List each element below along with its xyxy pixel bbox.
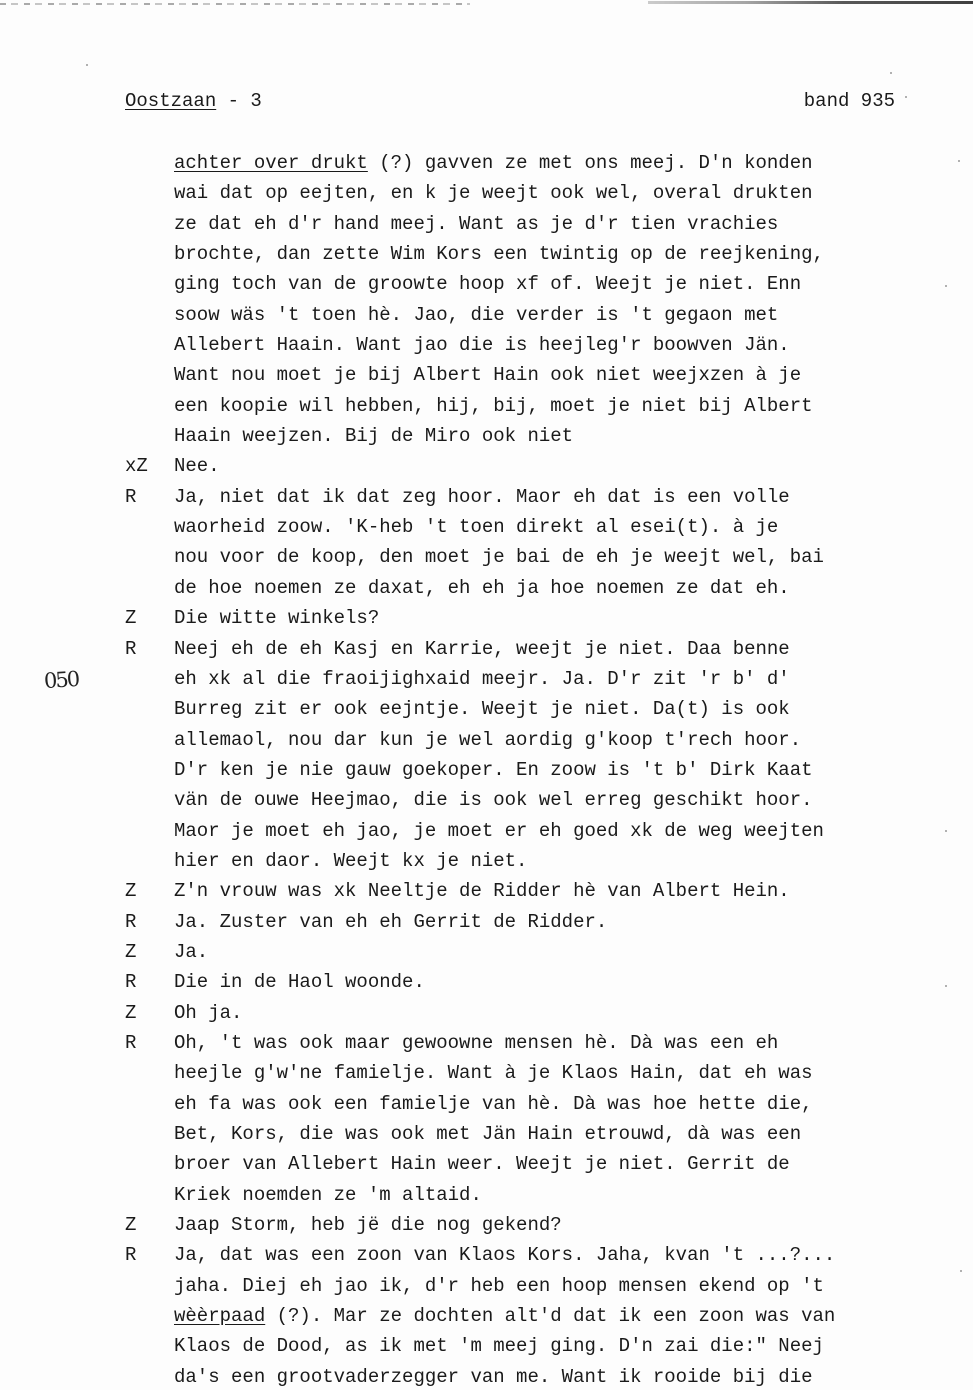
speaker-label: R [125, 967, 169, 997]
scan-speck [945, 830, 947, 832]
line-text: Kriek noemden ze 'm altaid. [174, 1180, 482, 1210]
transcript-line: Bet, Kors, die was ook met Jän Hain etro… [125, 1119, 925, 1149]
transcript-line: eh fa was ook een famielje van hè. Dà wa… [125, 1089, 925, 1119]
line-text: waorheid zoow. 'K-heb 't toen direkt al … [174, 512, 778, 542]
line-text: Allebert Haain. Want jao die is heejleg'… [174, 330, 790, 360]
transcript-line: allemaol, nou dar kun je wel aordig g'ko… [125, 725, 925, 755]
scan-speck [905, 96, 907, 98]
line-text: Die witte winkels? [174, 603, 379, 633]
document-page: Oostzaan - 3 band 935 050 achter over dr… [0, 0, 973, 1390]
underlined-uncertain-phrase: wèèrpaad [174, 1305, 265, 1327]
transcript-line: broer van Allebert Hain weer. Weejt je n… [125, 1149, 925, 1179]
scan-artifact-top-right [648, 1, 973, 4]
transcript-line: xZNee. [125, 451, 925, 481]
line-text: heejle g'w'ne famielje. Want à je Klaos … [174, 1058, 813, 1088]
transcript-line: Allebert Haain. Want jao die is heejleg'… [125, 330, 925, 360]
scan-artifact-top-left [0, 3, 470, 5]
speaker-label: R [125, 482, 169, 512]
line-text: ze dat eh d'r hand meej. Want as je d'r … [174, 209, 778, 239]
speaker-label: R [125, 634, 169, 664]
line-text: vän de ouwe Heejmao, die is ook wel erre… [174, 785, 813, 815]
transcript-line: RJa, dat was een zoon van Klaos Kors. Ja… [125, 1240, 925, 1270]
scan-speck [86, 64, 88, 66]
transcript-line: ROh, 't was ook maar gewoowne mensen hè.… [125, 1028, 925, 1058]
speaker-label: Z [125, 998, 169, 1028]
transcript-line: RDie in de Haol woonde. [125, 967, 925, 997]
line-text: Neej eh de eh Kasj en Karrie, weejt je n… [174, 634, 790, 664]
line-text: eh fa was ook een famielje van hè. Dà wa… [174, 1089, 813, 1119]
transcript-line: ZJaap Storm, heb jë die nog gekend? [125, 1210, 925, 1240]
transcript-body: achter over drukt (?) gavven ze met ons … [125, 148, 925, 1390]
handwritten-margin-note: 050 [43, 667, 79, 693]
transcript-line: brochte, dan zette Wim Kors een twintig … [125, 239, 925, 269]
line-text: brochte, dan zette Wim Kors een twintig … [174, 239, 824, 269]
transcript-line: achter over drukt (?) gavven ze met ons … [125, 148, 925, 178]
line-text: Haain weejzen. Bij de Miro ook niet [174, 421, 573, 451]
transcript-line: vän de ouwe Heejmao, die is ook wel erre… [125, 785, 925, 815]
line-text: Ja, dat was een zoon van Klaos Kors. Jah… [174, 1240, 835, 1270]
line-text: Die in de Haol woonde. [174, 967, 425, 997]
line-text: Z'n vrouw was xk Neeltje de Ridder hè va… [174, 876, 790, 906]
speaker-label: R [125, 1028, 169, 1058]
scan-speck [945, 285, 947, 287]
transcript-line: hier en daor. Weejt kx je niet. [125, 846, 925, 876]
transcript-line: Want nou moet je bij Albert Hain ook nie… [125, 360, 925, 390]
transcript-line: waorheid zoow. 'K-heb 't toen direkt al … [125, 512, 925, 542]
line-text: een koopie wil hebben, hij, bij, moet je… [174, 391, 813, 421]
transcript-line: ZJa. [125, 937, 925, 967]
line-text: wai dat op eejten, en k je weejt ook wel… [174, 178, 813, 208]
line-text: allemaol, nou dar kun je wel aordig g'ko… [174, 725, 801, 755]
transcript-line: eh xk al die fraoijighxaid meejr. Ja. D'… [125, 664, 925, 694]
transcript-line: de hoe noemen ze daxat, eh eh ja hoe noe… [125, 573, 925, 603]
transcript-line: RJa. Zuster van eh eh Gerrit de Ridder. [125, 907, 925, 937]
line-text: Burreg zit er ook eejntje. Weejt je niet… [174, 694, 790, 724]
transcript-line: Burreg zit er ook eejntje. Weejt je niet… [125, 694, 925, 724]
transcript-line: een koopie wil hebben, hij, bij, moet je… [125, 391, 925, 421]
line-text: nou voor de koop, den moet je bai de eh … [174, 542, 824, 572]
transcript-line: wèèrpaad (?). Mar ze dochten alt'd dat i… [125, 1301, 925, 1331]
scan-speck [945, 985, 947, 987]
transcript-line: wai dat op eejten, en k je weejt ook wel… [125, 178, 925, 208]
line-text: broer van Allebert Hain weer. Weejt je n… [174, 1149, 790, 1179]
line-text: Klaos de Dood, as ik met 'm meej ging. D… [174, 1331, 824, 1361]
underlined-uncertain-phrase: achter over drukt [174, 152, 368, 174]
header-title: Oostzaan - 3 [125, 88, 262, 114]
transcript-line: ging toch van de groowte hoop xf of. Wee… [125, 269, 925, 299]
line-text: Bet, Kors, die was ook met Jän Hain etro… [174, 1119, 801, 1149]
transcript-line: Maor je moet eh jao, je moet er eh goed … [125, 816, 925, 846]
transcript-line: Kriek noemden ze 'm altaid. [125, 1180, 925, 1210]
transcript-line: ZOh ja. [125, 998, 925, 1028]
transcript-line: heejle g'w'ne famielje. Want à je Klaos … [125, 1058, 925, 1088]
transcript-line: jaha. Diej eh jao ik, d'r heb een hoop m… [125, 1271, 925, 1301]
transcript-line: soow wäs 't toen hè. Jao, die verder is … [125, 300, 925, 330]
line-text: Nee. [174, 451, 220, 481]
line-text: Maor je moet eh jao, je moet er eh goed … [174, 816, 824, 846]
transcript-line: RNeej eh de eh Kasj en Karrie, weejt je … [125, 634, 925, 664]
place-name: Oostzaan [125, 90, 216, 112]
speaker-label: xZ [125, 451, 169, 481]
line-text: hier en daor. Weejt kx je niet. [174, 846, 527, 876]
line-text: achter over drukt (?) gavven ze met ons … [174, 148, 813, 178]
line-text: Jaap Storm, heb jë die nog gekend? [174, 1210, 562, 1240]
transcript-line: D'r ken je nie gauw goekoper. En zoow is… [125, 755, 925, 785]
speaker-label: Z [125, 876, 169, 906]
speaker-label: R [125, 907, 169, 937]
transcript-line: Haain weejzen. Bij de Miro ook niet [125, 421, 925, 451]
speaker-label: Z [125, 1210, 169, 1240]
line-text: Ja. [174, 937, 208, 967]
line-text-rest: (?) gavven ze met ons meej. D'n konden [368, 152, 813, 174]
line-text: Oh, 't was ook maar gewoowne mensen hè. … [174, 1028, 778, 1058]
transcript-line: Klaos de Dood, as ik met 'm meej ging. D… [125, 1331, 925, 1361]
line-text: Ja, niet dat ik dat zeg hoor. Maor eh da… [174, 482, 790, 512]
page-header: Oostzaan - 3 band 935 [125, 88, 895, 114]
line-text: ging toch van de groowte hoop xf of. Wee… [174, 269, 801, 299]
scan-speck [960, 1270, 962, 1272]
speaker-label: Z [125, 603, 169, 633]
line-text: eh xk al die fraoijighxaid meejr. Ja. D'… [174, 664, 790, 694]
page-number: - 3 [216, 90, 262, 112]
transcript-line: ZZ'n vrouw was xk Neeltje de Ridder hè v… [125, 876, 925, 906]
speaker-label: R [125, 1240, 169, 1270]
tape-number: band 935 [804, 88, 895, 114]
transcript-line: da's een grootvaderzegger van me. Want i… [125, 1362, 925, 1390]
line-text: Ja. Zuster van eh eh Gerrit de Ridder. [174, 907, 607, 937]
transcript-line: ze dat eh d'r hand meej. Want as je d'r … [125, 209, 925, 239]
line-text: Oh ja. [174, 998, 242, 1028]
line-text: da's een grootvaderzegger van me. Want i… [174, 1362, 813, 1390]
line-text: D'r ken je nie gauw goekoper. En zoow is… [174, 755, 813, 785]
speaker-label: Z [125, 937, 169, 967]
line-text: wèèrpaad (?). Mar ze dochten alt'd dat i… [174, 1301, 835, 1331]
scan-speck [958, 160, 960, 162]
line-text-rest: (?). Mar ze dochten alt'd dat ik een zoo… [265, 1305, 835, 1327]
line-text: de hoe noemen ze daxat, eh eh ja hoe noe… [174, 573, 790, 603]
line-text: Want nou moet je bij Albert Hain ook nie… [174, 360, 801, 390]
line-text: soow wäs 't toen hè. Jao, die verder is … [174, 300, 778, 330]
transcript-line: ZDie witte winkels? [125, 603, 925, 633]
scan-speck [890, 72, 892, 74]
line-text: jaha. Diej eh jao ik, d'r heb een hoop m… [174, 1271, 824, 1301]
transcript-line: RJa, niet dat ik dat zeg hoor. Maor eh d… [125, 482, 925, 512]
transcript-line: nou voor de koop, den moet je bai de eh … [125, 542, 925, 572]
